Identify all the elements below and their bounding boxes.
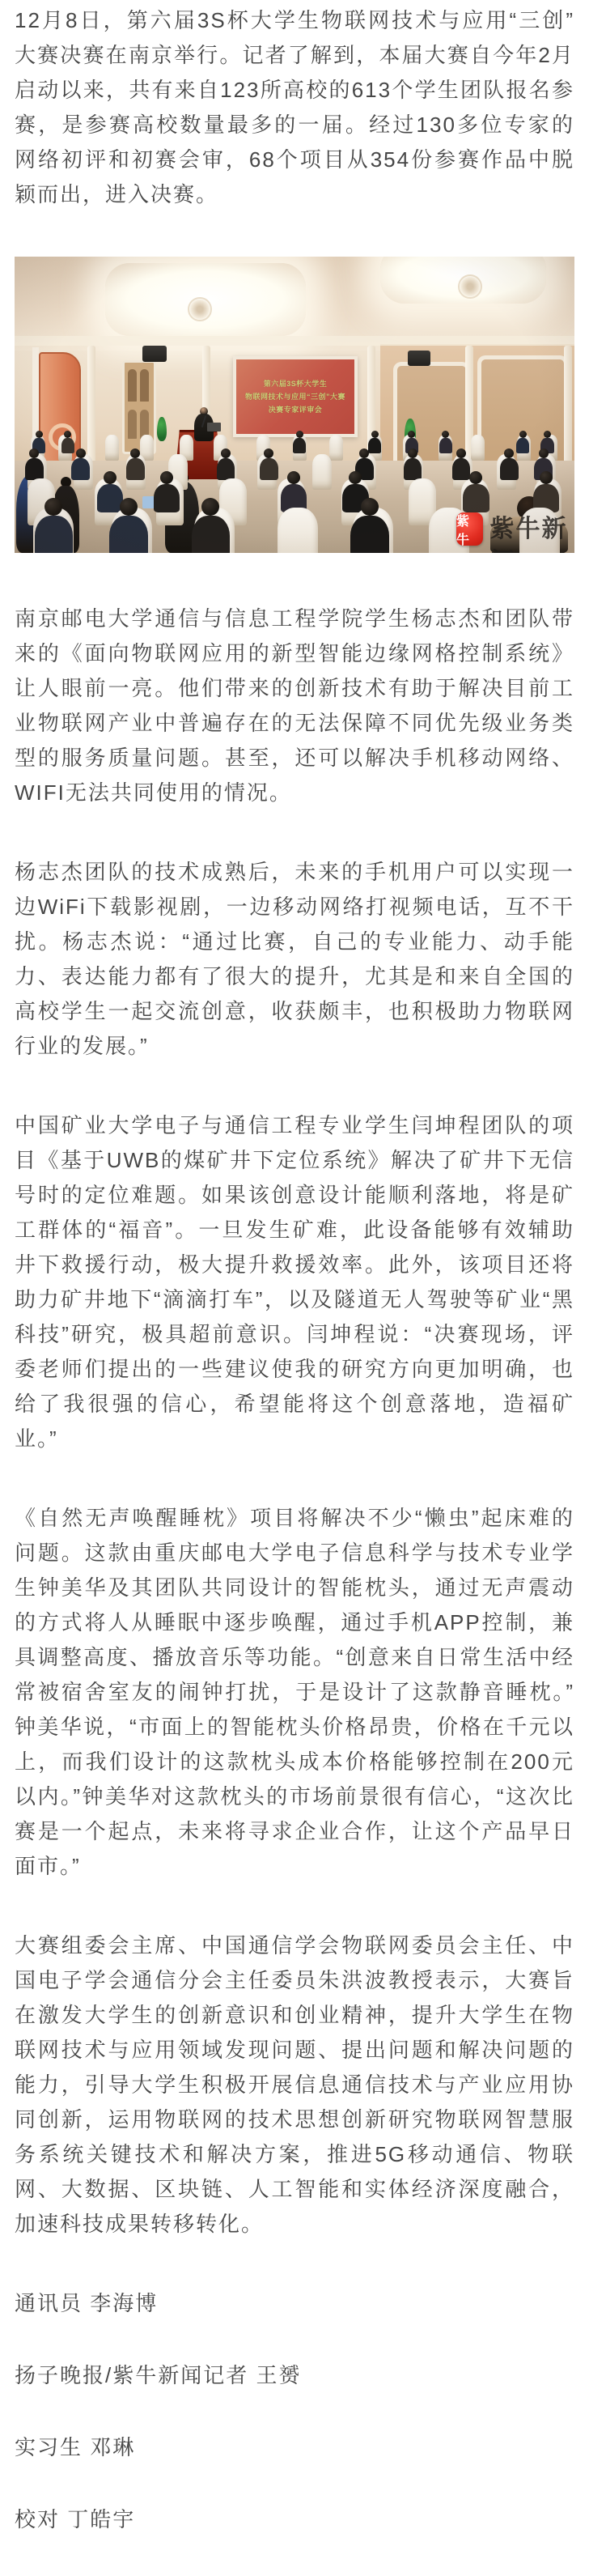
- green-vase: [157, 417, 167, 441]
- audience-person: [350, 498, 389, 553]
- audience-person: [281, 471, 307, 512]
- audience-person: [533, 471, 559, 512]
- door-arch: [128, 369, 137, 402]
- paragraph-6: 大赛组委会主席、中国通信学会物联网委员会主任、中国电子学会通信分会主任委员朱洪波…: [15, 1928, 574, 2242]
- screen-text-line: 物联网技术与应用“三创”大赛: [236, 392, 354, 402]
- wall-pilaster: [564, 346, 572, 465]
- byline-proofreader: 校对 丁皓宇: [15, 2502, 574, 2537]
- audience-person: [154, 471, 180, 512]
- audience-chair: [278, 508, 318, 553]
- article-body: 12月8日，第六届3S杯大学生物联网技术与应用“三创”大赛决赛在南京举行。记者了…: [0, 0, 589, 2576]
- audience-person: [192, 498, 231, 553]
- ceiling-molding: [15, 336, 574, 346]
- ziniu-watermark: 紫牛 紫牛新闻: [456, 512, 574, 553]
- paragraph-2: 南京邮电大学通信与信息工程学院学生杨志杰和团队带来的《面向物联网应用的新型智能边…: [15, 601, 574, 810]
- audience-chair: [312, 454, 332, 490]
- projection-screen: 第六届3S杯大学生 物联网技术与应用“三创”大赛 决赛专家评审会: [233, 356, 358, 437]
- audience-person: [217, 448, 235, 479]
- audience-chair: [105, 435, 119, 461]
- audience-person: [463, 471, 489, 512]
- byline-reporter: 扬子晚报/紫牛新闻记者 王赟: [15, 2358, 574, 2393]
- audience-person: [126, 448, 145, 479]
- ceiling-medallion: [458, 274, 482, 299]
- ziniu-watermark-text: 紫牛新闻: [489, 512, 574, 553]
- byline-correspondent: 通讯员 李海博: [15, 2286, 574, 2321]
- article-photo[interactable]: 第六届3S杯大学生 物联网技术与应用“三创”大赛 决赛专家评审会 紫牛 紫牛新闻: [15, 257, 574, 553]
- screen-text-line: 第六届3S杯大学生: [236, 379, 354, 389]
- audience-person: [293, 431, 306, 453]
- paragraph-3: 杨志杰团队的技术成熟后，未来的手机用户可以实现一边WiFi下载影视剧，一边移动网…: [15, 855, 574, 1064]
- wall-speaker-icon: [408, 351, 430, 366]
- audience-person: [404, 448, 422, 479]
- screen-text-line: 决赛专家评审会: [236, 405, 354, 415]
- ziniu-logo-badge: 紫牛: [456, 512, 483, 546]
- audience-person: [35, 498, 74, 553]
- audience-person: [500, 448, 519, 479]
- audience-person: [109, 498, 148, 553]
- wall-pilaster: [87, 346, 95, 465]
- audience-person: [260, 448, 278, 479]
- audience-chair: [329, 435, 343, 461]
- ceiling-medallion: [188, 297, 212, 321]
- audience-person: [71, 448, 90, 479]
- byline-intern: 实习生 邓琳: [15, 2430, 574, 2465]
- audience-person: [439, 431, 452, 453]
- wall-speaker-icon: [142, 346, 167, 362]
- paragraph-4: 中国矿业大学电子与通信工程专业学生闫坤程团队的项目《基于UWB的煤矿井下定位系统…: [15, 1108, 574, 1456]
- podium-laptop: [207, 423, 221, 431]
- paragraph-5: 《自然无声唤醒睡枕》项目将解决不少“懒虫”起床难的问题。这款由重庆邮电大学电子信…: [15, 1501, 574, 1884]
- audience-person: [25, 448, 44, 479]
- door-arch: [128, 410, 137, 439]
- paragraph-1: 12月8日，第六届3S杯大学生物联网技术与应用“三创”大赛决赛在南京举行。记者了…: [15, 3, 574, 212]
- audience-chair: [471, 435, 485, 461]
- door-arch: [140, 369, 149, 402]
